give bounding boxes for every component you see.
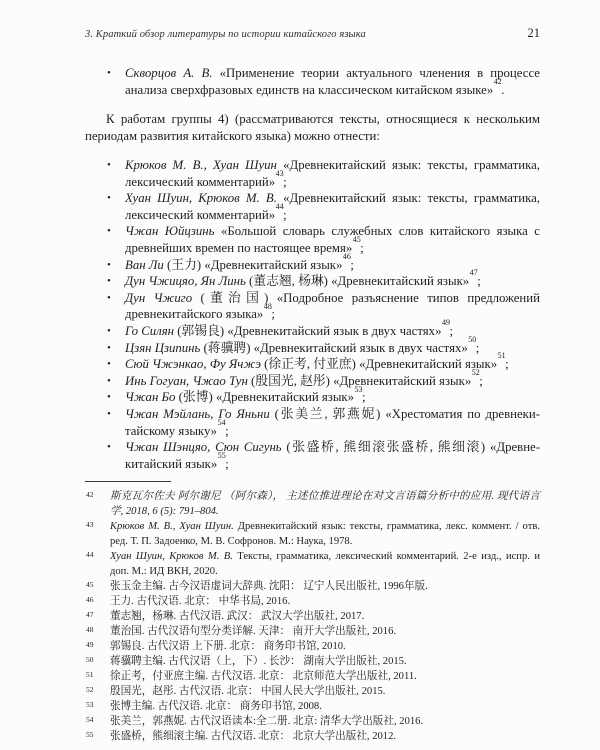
bullet-icon: • <box>107 406 111 423</box>
footnote-number: 44 <box>86 551 94 559</box>
footnote: 55 张盛桥，熊细滚主编. 古代汉语. 北京： 北京大学出版社, 2012. <box>85 729 540 744</box>
footnote-ref: 47 <box>470 268 478 277</box>
bullet-icon: • <box>107 439 111 456</box>
bullet-icon: • <box>107 290 111 307</box>
footnote-ref: 48 <box>264 302 272 311</box>
item-tail: ; <box>476 341 480 355</box>
item-author: Инь Гогуан, Чжао Тун <box>125 374 248 388</box>
footnote: 44 Хуан Шуин, Крюков М. В. Тексты, грамм… <box>85 549 540 579</box>
footnote-ref: 54 <box>218 418 226 427</box>
footnote-ref: 45 <box>353 235 361 244</box>
footnote-text: 张博主编. 古代汉语. 北京： 商务印书馆, 2008. <box>110 701 322 712</box>
bullet-icon: • <box>107 389 111 406</box>
item-author: Чжан Мэйлань, Го Яньни <box>125 407 270 421</box>
footnote-text: 殷国光，赵彤. 古代汉语. 北京： 中国人民大学出版社, 2015. <box>110 686 385 697</box>
item-author: Го Силян <box>125 324 174 338</box>
footnote: 47 董志翘，杨琳. 古代汉语. 武汉： 武汉大学出版社, 2017. <box>85 609 540 624</box>
page-number: 21 <box>528 26 541 41</box>
list-item: • Чжан Бо (张博) «Древнекитайский язык»53; <box>85 389 540 406</box>
bullet-icon: • <box>107 190 111 207</box>
footnote-ref: 49 <box>442 318 450 327</box>
footnote-number: 55 <box>86 731 94 739</box>
footnote-number: 54 <box>86 716 94 724</box>
book-page: 3. Краткий обзор литературы по истории к… <box>0 0 600 750</box>
running-head-title: 3. Краткий обзор литературы по истории к… <box>85 29 366 40</box>
bullet-icon: • <box>107 257 111 274</box>
item-author: Скворцов А. В. <box>125 66 213 80</box>
footnote-ref: 55 <box>218 451 226 460</box>
item-author: Ван Ли <box>125 258 164 272</box>
lead-reference-list: • Скворцов А. В. «Применение теории акту… <box>85 65 540 99</box>
reference-list: • Крюков М. В., Хуан Шуин «Древнекитайск… <box>85 157 540 472</box>
bullet-icon: • <box>107 323 111 340</box>
footnote-number: 45 <box>86 581 94 589</box>
footnote-ref: 46 <box>343 252 351 261</box>
list-item: • Чжан Мэйлань, Го Яньни (张美兰, 郭燕妮) «Хре… <box>85 406 540 439</box>
item-title: (董志翘, 杨琳) «Древнекитайский язык» <box>246 274 469 288</box>
footnote-ref: 52 <box>472 368 480 377</box>
footnote-text: 张盛桥，熊细滚主编. 古代汉语. 北京： 北京大学出版社, 2012. <box>110 731 396 742</box>
bullet-icon: • <box>107 273 111 290</box>
bullet-icon: • <box>107 157 111 174</box>
bullet-icon: • <box>107 223 111 240</box>
list-item: • Чжан Юйцзинь «Большой словарь служебны… <box>85 223 540 256</box>
footnote-number: 52 <box>86 686 94 694</box>
item-title: (蒋骥聘) «Древнекитайский язык в двух частя… <box>200 341 467 355</box>
item-author: Чжан Юйцзинь <box>125 224 214 238</box>
bullet-icon: • <box>107 373 111 390</box>
item-author: Чжан Шэнцяо, Сюн Сигунь <box>125 440 282 454</box>
item-title: (王力) «Древнекитайский язык» <box>164 258 343 272</box>
footnote-ref: 42 <box>494 77 502 86</box>
footnote: 51 徐正考，付亚庶主编. 古代汉语. 北京： 北京师范大学出版社, 2011. <box>85 669 540 684</box>
footnote: 45 张玉金主编. 古今汉语虚词大辞典. 沈阳： 辽宁人民出版社, 1996年版… <box>85 579 540 594</box>
footnote-number: 43 <box>86 521 94 529</box>
item-author: Сюй Чжэнкао, Фу Ячжэ <box>125 357 261 371</box>
footnote: 42 斯克瓦尔佐夫 阿尔谢尼 （阿尔森）， 主述位推进理论在对文言语篇分析中的应… <box>85 489 540 519</box>
footnote: 53 张博主编. 古代汉语. 北京： 商务印书馆, 2008. <box>85 699 540 714</box>
footnote-ref: 51 <box>498 351 506 360</box>
footnote-text: 董志翘，杨琳. 古代汉语. 武汉： 武汉大学出版社, 2017. <box>110 611 364 622</box>
list-item: • Чжан Шэнцяо, Сюн Сигунь (张盛桥, 熊细滚张盛桥, … <box>85 439 540 472</box>
footnote-text: 张玉金主编. 古今汉语虚词大辞典. 沈阳： 辽宁人民出版社, 1996年版. <box>110 581 428 592</box>
footnote-text: 徐正考，付亚庶主编. 古代汉语. 北京： 北京师范大学出版社, 2011. <box>110 671 417 682</box>
footnote-number: 48 <box>86 626 94 634</box>
item-title: (徐正考, 付亚庶) «Древнекитайский язык» <box>261 357 497 371</box>
footnote: 52 殷国光，赵彤. 古代汉语. 北京： 中国人民大学出版社, 2015. <box>85 684 540 699</box>
footnote-ref: 50 <box>468 335 476 344</box>
footnote-text: 王力. 古代汉语. 北京： 中华书局, 2016. <box>110 596 290 607</box>
list-item: • Цзян Цзипинь (蒋骥聘) «Древнекитайский яз… <box>85 340 540 357</box>
bullet-icon: • <box>107 340 111 357</box>
item-author: Хуан Шуин, Крюков М. В. <box>125 191 277 205</box>
footnote: 48 董治国. 古代汉语句型分类详解. 天津： 南开大学出版社, 2016. <box>85 624 540 639</box>
footnote-ref: 53 <box>355 385 363 394</box>
footnote-italic-text: Хуан Шуин, Крюков М. В. <box>110 551 233 562</box>
list-item: • Хуан Шуин, Крюков М. В. «Древнекитайск… <box>85 190 540 223</box>
footnote-number: 50 <box>86 656 94 664</box>
footnote-italic-text: Крюков М. В., Хуан Шуин. <box>110 521 234 532</box>
running-head: 3. Краткий обзор литературы по истории к… <box>85 26 540 42</box>
item-tail: ; <box>449 324 453 338</box>
bullet-icon: • <box>107 356 111 373</box>
footnote-italic-text: 斯克瓦尔佐夫 阿尔谢尼 （阿尔森）， 主述位推进理论在对文言语篇分析中的应用. … <box>110 491 540 517</box>
item-author: Чжан Бо <box>125 390 175 404</box>
item-title: (郭锡良) «Древнекитайский язык в двух частя… <box>174 324 441 338</box>
item-title: (张博) «Древнекитайский язык» <box>175 390 354 404</box>
item-author: Дун Чжиго <box>125 291 192 305</box>
footnote-number: 42 <box>86 491 94 499</box>
footnote: 49 郭锡良. 古代汉语 上下册. 北京： 商务印书馆, 2010. <box>85 639 540 654</box>
footnote: 54 张美兰，郭燕妮. 古代汉语读本:全二册. 北京: 清华大学出版社, 201… <box>85 714 540 729</box>
item-author: Цзян Цзипинь <box>125 341 200 355</box>
footnote-number: 47 <box>86 611 94 619</box>
footnote-text: 张美兰，郭燕妮. 古代汉语读本:全二册. 北京: 清华大学出版社, 2016. <box>110 716 423 727</box>
footnote-text: 郭锡良. 古代汉语 上下册. 北京： 商务印书馆, 2010. <box>110 641 346 652</box>
list-item: • Дун Чжицяо, Ян Линь (董志翘, 杨琳) «Древнек… <box>85 273 540 290</box>
footnote-number: 46 <box>86 596 94 604</box>
footnote-separator <box>85 481 171 482</box>
footnote: 46 王力. 古代汉语. 北京： 中华书局, 2016. <box>85 594 540 609</box>
footnote-number: 53 <box>86 701 94 709</box>
footnote-ref: 43 <box>276 169 284 178</box>
list-item: • Скворцов А. В. «Применение теории акту… <box>85 65 540 99</box>
list-item: • Инь Гогуан, Чжао Тун (殷国光, 赵彤) «Древне… <box>85 373 540 390</box>
list-item: • Дун Чжиго (董治国) «Подробное разъяснение… <box>85 290 540 323</box>
footnote-text: 蒋骥聘主编. 古代汉语（上，下）. 长沙： 湖南大学出版社, 2015. <box>110 656 407 667</box>
footnote-text: 董治国. 古代汉语句型分类详解. 天津： 南开大学出版社, 2016. <box>110 626 396 637</box>
bullet-icon: • <box>107 65 111 82</box>
footnote: 43 Крюков М. В., Хуан Шуин. Древнекитайс… <box>85 519 540 549</box>
footnote-number: 51 <box>86 671 94 679</box>
footnotes-section: 42 斯克瓦尔佐夫 阿尔谢尼 （阿尔森）， 主述位推进理论在对文言语篇分析中的应… <box>85 481 540 744</box>
footnote-number: 49 <box>86 641 94 649</box>
list-item: • Крюков М. В., Хуан Шуин «Древнекитайск… <box>85 157 540 190</box>
item-author: Крюков М. В., Хуан Шуин <box>125 158 277 172</box>
intro-paragraph: К работам группы 4) (рассматриваются тек… <box>85 111 540 145</box>
footnote: 50 蒋骥聘主编. 古代汉语（上，下）. 长沙： 湖南大学出版社, 2015. <box>85 654 540 669</box>
item-author: Дун Чжицяо, Ян Линь <box>125 274 246 288</box>
footnote-ref: 44 <box>276 202 284 211</box>
